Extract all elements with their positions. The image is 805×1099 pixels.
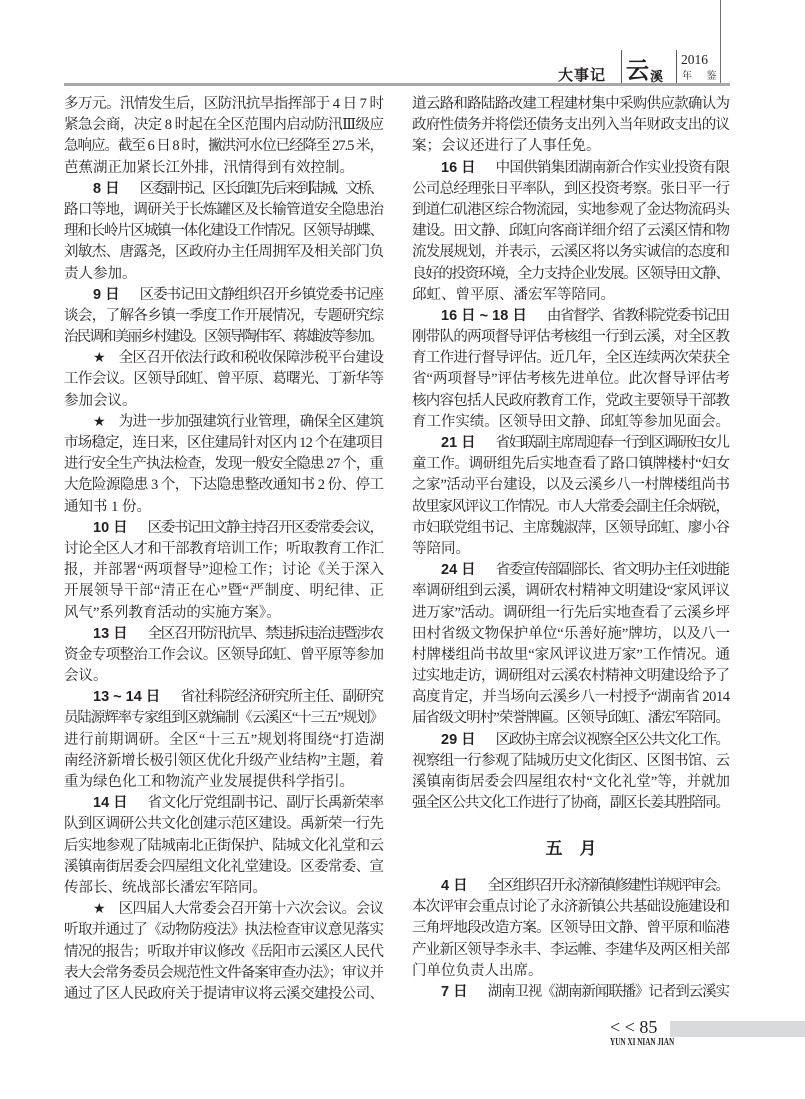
line-text: 情况的报告；听取并审议修改《岳阳市云溪区人民代 [64, 942, 383, 963]
line-text: 后实地参观了陆城南北正街保护、陆城文化礼堂和云 [64, 836, 383, 857]
text-line: 进万家”活动。调研组一行先后实地查看了云溪乡坪 [412, 603, 730, 624]
line-text: 湖南卫视《湖南新闻联播》记者到云溪实 [488, 982, 729, 1003]
line-text: 视察组一行参观了陆城历史文化街区、区图书馆、云 [412, 751, 729, 772]
entry-date: 16 日 [441, 158, 476, 179]
text-line: 队到区调研公共文化创建示范区建设。禹新荣一行先 [64, 814, 384, 835]
text-line: 理和长岭片区城镇一体化建设工作情况。区领导胡蝶、 [64, 221, 384, 242]
line-text: 故里家风评议工作情况。市人大常委会副主任余炳锐， [412, 497, 729, 518]
line-text: 队到区调研公共文化创建示范区建设。禹新荣一行先 [64, 814, 383, 835]
line-text: 育工作实绩。区领导田文静、邱虹等参加见面会。 [412, 412, 730, 433]
line-text: 率调研组到云溪，调研农村精神文明建设“家风评议 [412, 581, 730, 602]
text-line: 9 日区委书记田文静组织召开乡镇党委书记座 [64, 285, 384, 306]
text-line: 刘敏杰、唐露尧，区政府办主任周拥军及相关部门负 [64, 242, 384, 263]
line-text: 区委书记田文静主持召开区委常委会议， [148, 518, 383, 539]
line-text: 芭蕉湖正加紧长江外排，汛情得到有效控制。 [64, 158, 354, 179]
line-text: 市场稳定，连日来，区住建局针对区内 12 个在建项目 [64, 433, 383, 454]
yearbook-label: 年 鉴 [682, 72, 723, 82]
text-line: 14 日省文化厅党组副书记、副厅长禹新荣率 [64, 793, 384, 814]
line-text: 届省级文明村”荣誉牌匾。区领导邱虹、潘宏军陪同。 [412, 708, 729, 729]
brand-logo-large-char: 云 [626, 59, 649, 82]
text-line: 员陆源辉率专家组到区就编制《云溪区“十三五”规划》 [64, 708, 384, 729]
line-text: 邱虹、曾平原、潘宏军等陪同。 [412, 285, 615, 306]
text-line: 24 日省委宣传部副部长、省文明办主任刘进能 [412, 560, 730, 581]
entry-date: 16 日 ~ 18 日 [441, 306, 527, 327]
text-line: 过实地走访，调研组对云溪农村精神文明建设给予了 [412, 666, 730, 687]
text-line: 田村省级文物保护单位“乐善好施”牌坊，以及八一 [412, 624, 730, 645]
line-text: 中国供销集团湖南新合作实业投资有限 [496, 158, 730, 179]
entry-paragraph: 29 日区政协主席会议视察全区公共文化工作。视察组一行参观了陆城历史文化街区、区… [412, 730, 730, 815]
line-text: 全区召开防汛抗旱、禁违拆违治违暨涉农 [148, 624, 383, 645]
line-text: 讨论全区人才和干部教育培训工作；听取教育工作汇 [64, 539, 383, 560]
star-bullet-icon: ★ [93, 412, 106, 433]
line-text: 省委宣传部副部长、省文明办主任刘进能 [496, 560, 729, 581]
text-line: 率调研组到云溪，调研农村精神文明建设“家风评议 [412, 581, 730, 602]
line-text: 治民调和美丽乡村建设。区领导陶伟军、蒋雄波等参加。 [64, 327, 382, 348]
text-line: 后实地参观了陆城南北正街保护、陆城文化礼堂和云 [64, 836, 384, 857]
text-line: 参加会议。 [64, 391, 384, 412]
text-line: 公司总经理张日平率队，到区投资考察。张日平一行 [412, 179, 730, 200]
text-line: ★全区召开依法行政和税收保障涉税平台建设 [64, 348, 384, 369]
entry-paragraph: 13 ~ 14 日省社科院经济研究所主任、副研究员陆源辉率专家组到区就编制《云溪… [64, 687, 384, 793]
text-line: 市妇联党组书记、主席魏淑萍，区领导邱虹、廖小谷 [412, 518, 730, 539]
text-line: 建设。田文静、邱虹向客商详细介绍了云溪区情和物 [412, 221, 730, 242]
entry-paragraph: ★全区召开依法行政和税收保障涉税平台建设工作会议。区领导邱虹、曾平原、葛曙光、丁… [64, 348, 384, 412]
page-number: 85 [639, 1017, 657, 1037]
text-line: 风气”系列教育活动的实施方案》。 [64, 603, 384, 624]
entry-date: 4 日 [441, 876, 468, 897]
text-line: 高度肯定，并当场向云溪乡八一村授予“湖南省 2014 [412, 687, 730, 708]
line-text: 流发展规划，并表示，云溪区将以务实诚信的态度和 [412, 242, 729, 263]
line-text: 到道仁矶港区综合物流园，实地参观了金达物流码头 [412, 200, 729, 221]
text-line: 门单位负责人出席。 [412, 961, 730, 982]
line-text: 通过了区人民政府关于提请审议将云溪交建投公司、 [64, 984, 383, 1005]
entry-paragraph: 9 日区委书记田文静组织召开乡镇党委书记座谈会，了解各乡镇一季度工作开展情况，专… [64, 285, 384, 349]
line-text: 区政协主席会议视察全区公共文化工作。 [496, 730, 729, 751]
text-line: 市场稳定，连日来，区住建局针对区内 12 个在建项目 [64, 433, 384, 454]
line-text: 责人参加。 [64, 264, 137, 285]
text-line: 听取并通过了《动物防疫法》执法检查审议意见落实 [64, 920, 384, 941]
text-line: 7 日湖南卫视《湖南新闻联播》记者到云溪实 [412, 982, 730, 1003]
entry-date: 9 日 [93, 285, 120, 306]
text-line: 会议。 [64, 666, 384, 687]
text-line: 8 日区委副书记、区长邱虹先后来到陆城、文桥、 [64, 179, 384, 200]
right-column: 道云路和路陆路改建工程建材集中采购供应款确认为政府性债务并将偿还债务支出列入当年… [412, 94, 730, 1003]
entry-paragraph: 24 日省委宣传部副部长、省文明办主任刘进能率调研组到云溪，调研农村精神文明建设… [412, 560, 730, 730]
line-text: 参加会议。 [64, 391, 137, 412]
line-text: 公司总经理张日平率队，到区投资考察。张日平一行 [412, 179, 729, 200]
text-line: 等陪同。 [412, 539, 730, 560]
line-text: 村牌楼组尚书故里“家风评议进万家”工作情况。通 [412, 645, 730, 666]
entry-paragraph: 14 日省文化厅党组副书记、副厅长禹新荣率队到区调研公共文化创建示范区建设。禹新… [64, 793, 384, 899]
text-line: 育工作进行督导评估。近几年，全区连续两次荣获全 [412, 348, 730, 369]
text-line: 路口等地，调研关于长炼罐区及长输管道安全隐患治 [64, 200, 384, 221]
line-text: 案；会议还进行了人事任免。 [412, 136, 601, 157]
line-text: 南经济新增长极引领区优化升级产业结构”主题，着 [64, 751, 384, 772]
entry-paragraph: 道云路和路陆路改建工程建材集中采购供应款确认为政府性债务并将偿还债务支出列入当年… [412, 94, 730, 158]
star-bullet-icon: ★ [93, 899, 106, 920]
line-text: 大危险源隐患 3 个，下达隐患整改通知书 2 份、停工 [64, 475, 383, 496]
text-line: 通过了区人民政府关于提请审议将云溪交建投公司、 [64, 984, 384, 1005]
text-line: 资金专项整治工作会议。区领导邱虹、曾平原等参加 [64, 645, 384, 666]
text-line: 核内容包括人民政府教育工作，党政主要领导干部教 [412, 391, 730, 412]
entry-paragraph: 多万元。汛情发生后，区防汛抗旱指挥部于 4 日 7 时紧急会商，决定 8 时起在… [64, 94, 384, 179]
line-text: 省社科院经济研究所主任、副研究 [180, 687, 383, 708]
brand-logo-small-char: 溪 [650, 70, 663, 83]
text-line: 案；会议还进行了人事任免。 [412, 136, 730, 157]
entry-date: 13 ~ 14 日 [93, 687, 160, 708]
text-line: 届省级文明村”荣誉牌匾。区领导邱虹、潘宏军陪同。 [412, 708, 730, 729]
text-line: 13 ~ 14 日省社科院经济研究所主任、副研究 [64, 687, 384, 708]
line-text: 省“两项督导”评估考核先进单位。此次督导评估考 [412, 369, 730, 390]
text-line: 产业新区领导李永丰、李运帷、李建华及两区相关部 [412, 940, 730, 961]
entry-paragraph: 16 日 ~ 18 日由省督学、省教科院党委书记田刚带队的两项督导评估考核组一行… [412, 306, 730, 433]
line-text: 产业新区领导李永丰、李运帷、李建华及两区相关部 [412, 940, 729, 961]
line-text: 刘敏杰、唐露尧，区政府办主任周拥军及相关部门负 [64, 242, 383, 263]
text-line: 16 日中国供销集团湖南新合作实业投资有限 [412, 158, 730, 179]
entry-paragraph: 13 日全区召开防汛抗旱、禁违拆违治违暨涉农资金专项整治工作会议。区领导邱虹、曾… [64, 624, 384, 688]
line-text: 路口等地，调研关于长炼罐区及长输管道安全隐患治 [64, 200, 383, 221]
header-divider [621, 50, 622, 83]
text-line: 三角坪地段改造方案。区领导田文静、曾平原和临港 [412, 918, 730, 939]
yearbook-year: 2016 [681, 53, 708, 67]
line-text: 进万家”活动。调研组一行先后实地查看了云溪乡坪 [412, 603, 730, 624]
line-text: 听取并通过了《动物防疫法》执法检查审议意见落实 [64, 920, 383, 941]
entry-paragraph: 21 日省妇联副主席周迎春一行到区调研妇女儿童工作。调研组先后实地查看了路口镇牌… [412, 433, 730, 560]
line-text: 溪镇南街居委会四屋组农村“文化礼堂”等，并就加 [412, 772, 730, 793]
line-text: 建设。田文静、邱虹向客商详细介绍了云溪区情和物 [412, 221, 729, 242]
text-line: 视察组一行参观了陆城历史文化街区、区图书馆、云 [412, 751, 730, 772]
line-text: 传部长、统战部长潘宏军陪同。 [64, 878, 267, 899]
text-line: 谈会，了解各乡镇一季度工作开展情况，专题研究综 [64, 306, 384, 327]
line-text: 进行安全生产执法检查，发现一般安全隐患 27 个，重 [64, 454, 383, 475]
text-line: 进行安全生产执法检查，发现一般安全隐患 27 个，重 [64, 454, 384, 475]
text-line: 表大会常务委员会规范性文件备案审查办法》；审议并 [64, 963, 384, 984]
line-text: 刚带队的两项督导评估考核组一行到云溪，对全区教 [412, 327, 729, 348]
entry-paragraph: 10 日区委书记田文静主持召开区委常委会议，讨论全区人才和干部教育培训工作；听取… [64, 518, 384, 624]
line-text: 溪镇南街居委会四屋组文化礼堂建设。区委常委、宣 [64, 857, 383, 878]
text-line: 溪镇南街居委会四屋组文化礼堂建设。区委常委、宣 [64, 857, 384, 878]
line-text: 由省督学、省教科院党委书记田 [547, 306, 729, 327]
text-line: 南经济新增长极引领区优化升级产业结构”主题，着 [64, 751, 384, 772]
line-text: 田村省级文物保护单位“乐善好施”牌坊，以及八一 [412, 624, 730, 645]
left-column: 多万元。汛情发生后，区防汛抗旱指挥部于 4 日 7 时紧急会商，决定 8 时起在… [64, 94, 384, 1005]
text-line: 开展领导干部“清正在心”暨“严制度、明纪律、正 [64, 581, 384, 602]
text-line: 村牌楼组尚书故里“家风评议进万家”工作情况。通 [412, 645, 730, 666]
line-text: 资金专项整治工作会议。区领导邱虹、曾平原等参加 [64, 645, 383, 666]
text-line: 通知书 1 份。 [64, 497, 384, 518]
line-text: 育工作进行督导评估。近几年，全区连续两次荣获全 [412, 348, 729, 369]
entry-paragraph: 16 日中国供销集团湖南新合作实业投资有限公司总经理张日平率队，到区投资考察。张… [412, 158, 730, 306]
entry-date: 10 日 [93, 518, 128, 539]
text-line: 责人参加。 [64, 264, 384, 285]
text-line: 报，并部署“两项督导”迎检工作；讨论《关于深入 [64, 560, 384, 581]
line-text: 核内容包括人民政府教育工作，党政主要领导干部教 [412, 391, 729, 412]
text-line: 重为绿色化工和物流产业发展提供科学指引。 [64, 772, 384, 793]
header-rule [64, 83, 730, 86]
text-line: 传部长、统战部长潘宏军陪同。 [64, 878, 384, 899]
line-text: 通知书 1 份。 [64, 497, 151, 518]
text-line: 工作会议。区领导邱虹、曾平原、葛曙光、丁新华等 [64, 369, 384, 390]
text-line: 16 日 ~ 18 日由省督学、省教科院党委书记田 [412, 306, 730, 327]
line-text: 全区召开依法行政和税收保障涉税平台建设 [119, 348, 384, 369]
footer-bar [670, 1021, 805, 1037]
line-text: 市妇联党组书记、主席魏淑萍，区领导邱虹、廖小谷 [412, 518, 729, 539]
text-line: 10 日区委书记田文静主持召开区委常委会议， [64, 518, 384, 539]
text-line: 治民调和美丽乡村建设。区领导陶伟军、蒋雄波等参加。 [64, 327, 384, 348]
line-text: 全区组织召开永济新镇修建性详规评审会。 [488, 876, 729, 897]
line-text: 过实地走访，调研组对云溪农村精神文明建设给予了 [412, 666, 729, 687]
line-text: 进行前期调研。全区“十三五”规划将围绕“打造湖 [64, 730, 384, 751]
text-line: 溪镇南街居委会四屋组农村“文化礼堂”等，并就加 [412, 772, 730, 793]
line-text: 区四届人大常委会召开第十六次会议。会议 [119, 899, 384, 920]
header-divider [676, 50, 677, 83]
line-text: 急响应。截至 6 日 8 时，撇洪河水位已经降至 27.5 米， [64, 136, 383, 157]
text-line: 政府性债务并将偿还债务支出列入当年财政支出的议 [412, 115, 730, 136]
text-line: 到道仁矶港区综合物流园，实地参观了金达物流码头 [412, 200, 730, 221]
text-line: 良好的投资环境，全力支持企业发展。区领导田文静、 [412, 264, 730, 285]
entry-paragraph: 4 日全区组织召开永济新镇修建性详规评审会。本次评审会重点讨论了永济新镇公共基础… [412, 876, 730, 982]
page-number-line: < < 85 [610, 1018, 657, 1036]
text-line: 刚带队的两项督导评估考核组一行到云溪，对全区教 [412, 327, 730, 348]
text-line: 流发展规划，并表示，云溪区将以务实诚信的态度和 [412, 242, 730, 263]
line-text: 省文化厅党组副书记、副厅长禹新荣率 [148, 793, 384, 814]
line-text: 谈会，了解各乡镇一季度工作开展情况，专题研究综 [64, 306, 383, 327]
star-bullet-icon: ★ [93, 348, 106, 369]
line-text: 会议。 [64, 666, 108, 687]
line-text: 等陪同。 [412, 539, 470, 560]
line-text: 紧急会商，决定 8 时起在全区范围内启动防汛Ⅲ级应 [64, 115, 383, 136]
text-line: 讨论全区人才和干部教育培训工作；听取教育工作汇 [64, 539, 384, 560]
line-text: 本次评审会重点讨论了永济新镇公共基础设施建设和 [412, 897, 729, 918]
text-line: 13 日全区召开防汛抗旱、禁违拆违治违暨涉农 [64, 624, 384, 645]
entry-paragraph: 8 日区委副书记、区长邱虹先后来到陆城、文桥、路口等地，调研关于长炼罐区及长输管… [64, 179, 384, 285]
text-line: 29 日区政协主席会议视察全区公共文化工作。 [412, 730, 730, 751]
line-text: 政府性债务并将偿还债务支出列入当年财政支出的议 [412, 115, 729, 136]
text-line: 邱虹、曾平原、潘宏军等陪同。 [412, 285, 730, 306]
line-text: 之家”活动平台建设，以及云溪乡八一村牌楼组尚书 [412, 475, 730, 496]
text-line: 4 日全区组织召开永济新镇修建性详规评审会。 [412, 876, 730, 897]
entry-date: 7 日 [441, 982, 468, 1003]
text-line: 大危险源隐患 3 个，下达隐患整改通知书 2 份、停工 [64, 475, 384, 496]
line-text: 区委书记田文静组织召开乡镇党委书记座 [140, 285, 383, 306]
text-line: 本次评审会重点讨论了永济新镇公共基础设施建设和 [412, 897, 730, 918]
line-text: 门单位负责人出席。 [412, 961, 543, 982]
line-text: 风气”系列教育活动的实施方案》。 [64, 603, 281, 624]
text-line: 育工作实绩。区领导田文静、邱虹等参加见面会。 [412, 412, 730, 433]
entry-paragraph: ★为进一步加强建筑行业管理，确保全区建筑市场稳定，连日来，区住建局针对区内 12… [64, 412, 384, 518]
line-text: 道云路和路陆路改建工程建材集中采购供应款确认为 [412, 94, 729, 115]
line-text: 强全区公共文化工作进行了协商，副区长姜其胜陪同。 [412, 793, 729, 814]
line-text: 区委副书记、区长邱虹先后来到陆城、文桥、 [140, 179, 382, 200]
line-text: 多万元。汛情发生后，区防汛抗旱指挥部于 4 日 7 时 [64, 94, 383, 115]
text-line: 道云路和路陆路改建工程建材集中采购供应款确认为 [412, 94, 730, 115]
page-arrows-icon: < < [610, 1017, 635, 1037]
line-text: 省妇联副主席周迎春一行到区调研妇女儿 [496, 433, 729, 454]
month-heading: 五 月 [412, 814, 730, 876]
line-text: 理和长岭片区城镇一体化建设工作情况。区领导胡蝶、 [64, 221, 383, 242]
text-line: 之家”活动平台建设，以及云溪乡八一村牌楼组尚书 [412, 475, 730, 496]
entry-date: 13 日 [93, 624, 128, 645]
entry-date: 21 日 [441, 433, 476, 454]
text-line: 紧急会商，决定 8 时起在全区范围内启动防汛Ⅲ级应 [64, 115, 384, 136]
line-text: 工作会议。区领导邱虹、曾平原、葛曙光、丁新华等 [64, 369, 383, 390]
text-line: 省“两项督导”评估考核先进单位。此次督导评估考 [412, 369, 730, 390]
section-title: 大事记 [558, 68, 606, 83]
entry-date: 29 日 [441, 730, 476, 751]
text-line: 多万元。汛情发生后，区防汛抗旱指挥部于 4 日 7 时 [64, 94, 384, 115]
text-line: 急响应。截至 6 日 8 时，撇洪河水位已经降至 27.5 米， [64, 136, 384, 157]
text-line: 21 日省妇联副主席周迎春一行到区调研妇女儿 [412, 433, 730, 454]
line-text: 报，并部署“两项督导”迎检工作；讨论《关于深入 [64, 560, 384, 581]
entry-date: 24 日 [441, 560, 476, 581]
text-line: ★区四届人大常委会召开第十六次会议。会议 [64, 899, 384, 920]
text-line: 芭蕉湖正加紧长江外排，汛情得到有效控制。 [64, 158, 384, 179]
text-line: 进行前期调研。全区“十三五”规划将围绕“打造湖 [64, 730, 384, 751]
text-line: 强全区公共文化工作进行了协商，副区长姜其胜陪同。 [412, 793, 730, 814]
line-text: 童工作。调研组先后实地查看了路口镇牌楼村“妇女 [412, 454, 730, 475]
entry-date: 14 日 [93, 793, 128, 814]
line-text: 高度肯定，并当场向云溪乡八一村授予“湖南省 2014 [412, 687, 730, 708]
entry-date: 8 日 [93, 179, 120, 200]
line-text: 为进一步加强建筑行业管理，确保全区建筑 [119, 412, 384, 433]
text-line: ★为进一步加强建筑行业管理，确保全区建筑 [64, 412, 384, 433]
entry-paragraph: ★区四届人大常委会召开第十六次会议。会议听取并通过了《动物防疫法》执法检查审议意… [64, 899, 384, 1005]
line-text: 三角坪地段改造方案。区领导田文静、曾平原和临港 [412, 918, 729, 939]
entry-paragraph: 7 日湖南卫视《湖南新闻联播》记者到云溪实 [412, 982, 730, 1003]
running-title: YUN XI NIAN JIAN [610, 1038, 674, 1048]
text-line: 故里家风评议工作情况。市人大常委会副主任余炳锐， [412, 497, 730, 518]
text-line: 童工作。调研组先后实地查看了路口镇牌楼村“妇女 [412, 454, 730, 475]
line-text: 良好的投资环境，全力支持企业发展。区领导田文静、 [412, 264, 729, 285]
line-text: 重为绿色化工和物流产业发展提供科学指引。 [64, 772, 354, 793]
text-line: 情况的报告；听取并审议修改《岳阳市云溪区人民代 [64, 942, 384, 963]
line-text: 表大会常务委员会规范性文件备案审查办法》；审议并 [64, 963, 383, 984]
line-text: 员陆源辉率专家组到区就编制《云溪区“十三五”规划》 [64, 708, 383, 729]
line-text: 开展领导干部“清正在心”暨“严制度、明纪律、正 [64, 581, 384, 602]
